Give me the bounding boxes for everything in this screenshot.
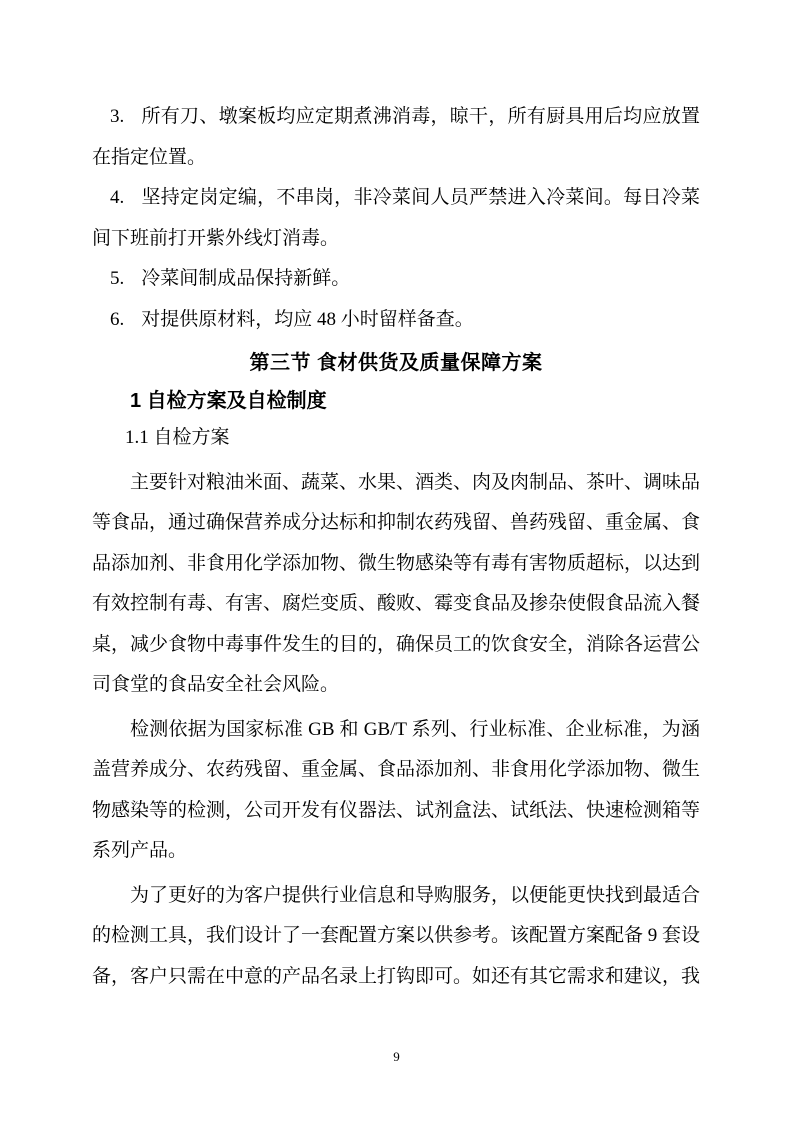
body-paragraph: 检测依据为国家标准 GB 和 GB/T 系列、行业标准、企业标准，为涵盖营养成分…	[92, 710, 700, 872]
list-item-number: 4.	[110, 178, 124, 219]
list-item-text: 冷菜间制成品保持新鲜。	[141, 268, 350, 289]
list-item: 5.冷菜间制成品保持新鲜。	[92, 259, 700, 300]
sub-sub-heading: 1.1 自检方案	[92, 418, 700, 459]
body-paragraph: 主要针对粮油米面、蔬菜、水果、酒类、肉及肉制品、茶叶、调味品等食品，通过确保营养…	[92, 463, 700, 706]
sub-heading: 1 自检方案及自检制度	[92, 384, 700, 418]
page-number: 9	[0, 1049, 793, 1065]
list-item: 3.所有刀、墩案板均应定期煮沸消毒，晾干，所有厨具用后均应放置在指定位置。	[92, 97, 700, 178]
body-paragraph: 为了更好的为客户提供行业信息和导购服务，以便能更快找到最适合的检测工具，我们设计…	[92, 876, 700, 998]
list-item-number: 3.	[110, 97, 124, 138]
list-item-number: 6.	[110, 300, 124, 341]
list-item-text: 对提供原材料，均应 48 小时留样备查。	[141, 309, 474, 330]
list-item-text: 所有刀、墩案板均应定期煮沸消毒，晾干，所有厨具用后均应放置在指定位置。	[92, 106, 700, 168]
section-heading: 第三节 食材供货及质量保障方案	[92, 342, 700, 384]
document-page: 3.所有刀、墩案板均应定期煮沸消毒，晾干，所有厨具用后均应放置在指定位置。 4.…	[0, 0, 793, 1122]
list-item: 4.坚持定岗定编，不串岗，非冷菜间人员严禁进入冷菜间。每日冷菜间下班前打开紫外线…	[92, 178, 700, 259]
page-content: 3.所有刀、墩案板均应定期煮沸消毒，晾干，所有厨具用后均应放置在指定位置。 4.…	[0, 0, 793, 997]
list-item: 6.对提供原材料，均应 48 小时留样备查。	[92, 300, 700, 341]
list-item-number: 5.	[110, 259, 124, 300]
list-item-text: 坚持定岗定编，不串岗，非冷菜间人员严禁进入冷菜间。每日冷菜间下班前打开紫外线灯消…	[92, 187, 700, 249]
